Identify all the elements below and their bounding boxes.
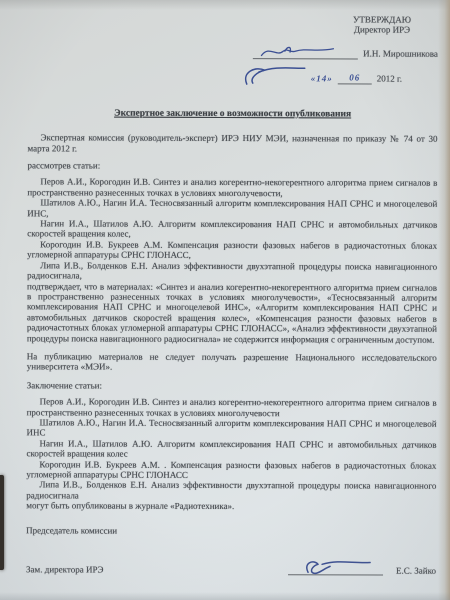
approval-header: УТВЕРЖДАЮ Директор ИРЭ	[326, 14, 438, 35]
intro-paragraph: Экспертная комиссия (руководитель-экспер…	[28, 133, 438, 155]
date-year: 2012 г.	[377, 74, 402, 84]
permission-note: На публикацию материалов не следует полу…	[27, 351, 437, 373]
reviewed-article-4: Корогодин И.В. Букреев А.М. Компенсация …	[27, 239, 437, 261]
conclusion-article-1: Перов А.И., Корогодин И.В. Синтез и анал…	[27, 396, 437, 418]
reviewed-label: рассмотрев статьи:	[27, 160, 437, 172]
conclusion-article-2: Шатилов А.Ю., Нагин И.А. Тесносвязанный …	[27, 417, 437, 439]
signer-name: Е.С. Зайко	[396, 565, 436, 576]
approver-name: И.Н. Мирошникова	[363, 49, 438, 60]
reviewed-article-2: Шатилов А.Ю., Нагин И.А. Тесносвязанный …	[27, 198, 437, 220]
signer-row: Зам. директора ИРЭ Е.С. Зайко	[26, 559, 436, 575]
approver-signature-row: И.Н. Мирошникова	[253, 44, 438, 60]
document-photo: УТВЕРЖДАЮ Директор ИРЭ И.Н. Мирошникова …	[0, 0, 450, 600]
document-title: Экспертное заключение о возможности опуб…	[28, 108, 438, 120]
signer-title: Зам. директора ИРЭ	[26, 564, 103, 575]
approver-signature-line	[253, 44, 358, 59]
date-signature-flourish-icon	[239, 62, 309, 88]
conclusion-label: Заключение статьи:	[27, 380, 437, 392]
signer-signature-block: Е.С. Зайко	[103, 560, 436, 576]
approver-title: Директор ИРЭ	[326, 25, 438, 36]
approver-signature-icon	[259, 40, 337, 62]
expert-conclusion-document: УТВЕРЖДАЮ Директор ИРЭ И.Н. Мирошникова …	[0, 0, 450, 600]
date-day-handwritten: «14»	[311, 74, 333, 84]
conclusion-article-4: Корогодин И.В. Букреев А.М. . Компенсаци…	[26, 459, 436, 481]
approval-date-row: «14» 06 2012 г.	[253, 66, 438, 85]
date-month-handwritten: 06	[338, 73, 372, 85]
reviewed-article-5: Липа И.В., Болденков Е.Н. Анализ эффекти…	[27, 260, 437, 282]
chairman-label: Председатель комиссии	[26, 525, 436, 537]
reviewed-article-1: Перов А.И., Корогодин И.В. Синтез и анал…	[27, 177, 437, 199]
conclusion-article-5: Липа И.В., Болденков Е.Н. Анализ эффекти…	[26, 480, 436, 502]
publish-note: могут быть опубликованы в журнале «Радио…	[26, 501, 436, 513]
signer-signature-line	[288, 560, 383, 575]
approval-block: УТВЕРЖДАЮ Директор ИРЭ И.Н. Мирошникова …	[253, 14, 438, 84]
reviewed-article-3: Нагин И.А., Шатилов А.Ю. Алгоритм компле…	[27, 218, 437, 240]
conclusion-article-3: Нагин И.А., Шатилов А.Ю. Алгоритм компле…	[26, 438, 436, 460]
signer-signature-icon	[294, 556, 379, 578]
confirmation-paragraph: подтверждает, что в материалах: «Синтез …	[27, 281, 437, 345]
approve-label: УТВЕРЖДАЮ	[326, 14, 438, 25]
